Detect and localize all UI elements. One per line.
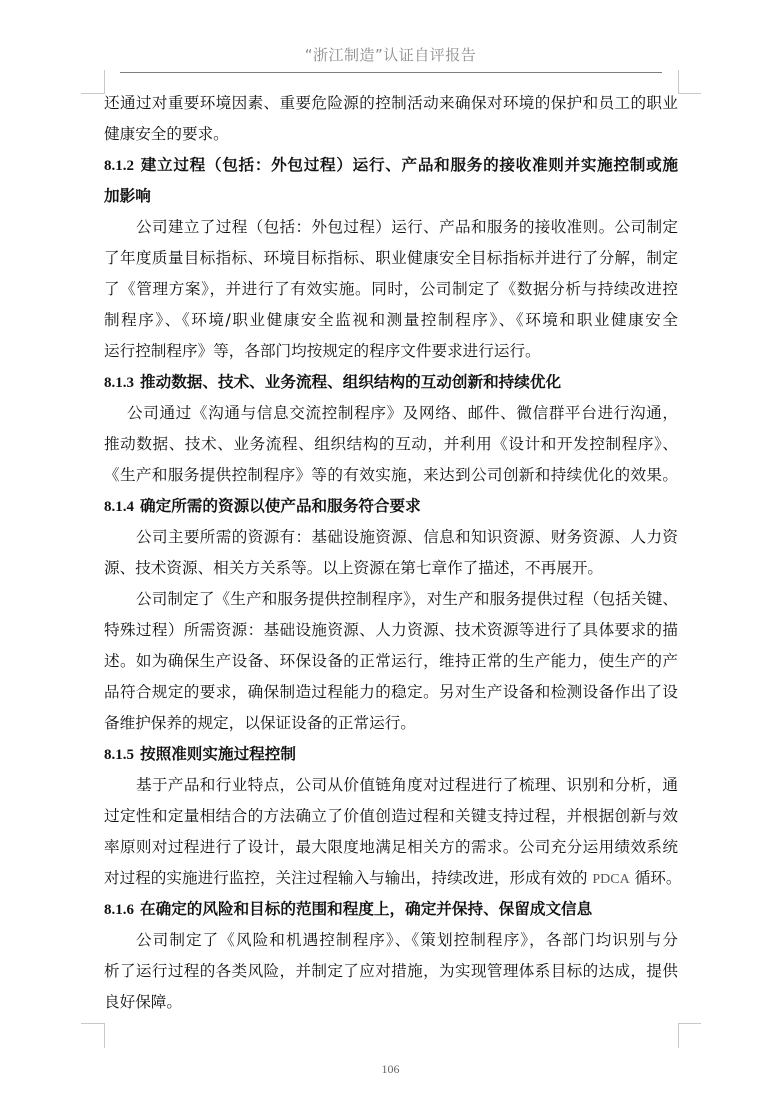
header-rule: [120, 72, 662, 73]
crop-mark-bottom-right: [678, 1023, 701, 1048]
paragraph-line: 公司通过《沟通与信息交流控制程序》及网络、邮件、微信群平台进行沟通，: [104, 398, 678, 429]
crop-mark-top-left: [81, 70, 105, 94]
paragraph-line: 制程序》、《环境/职业健康安全监视和测量控制程序》、《环境和职业健康安全: [104, 305, 678, 336]
paragraph-line: 了年度质量目标指标、环境目标指标、职业健康安全目标指标并进行了分解，制定: [104, 243, 678, 274]
paragraph-line: 了《管理方案》，并进行了有效实施。同时，公司制定了《数据分析与持续改进控: [104, 274, 678, 305]
section-title: 确定所需的资源以使产品和服务符合要求: [140, 497, 421, 515]
section-heading-8-1-6: 8.1.6在确定的风险和目标的范围和程度上，确定并保持、保留成文信息: [104, 894, 678, 925]
section-title: 推动数据、技术、业务流程、组织结构的互动创新和持续优化: [140, 373, 561, 391]
paragraph-line: 基于产品和行业特点，公司从价值链角度对过程进行了梳理、识别和分析，通: [104, 770, 678, 801]
paragraph-line: 公司制定了《风险和机遇控制程序》、《策划控制程序》，各部门均识别与分: [104, 925, 678, 956]
pdca-term: PDCA: [592, 872, 629, 887]
section-heading-8-1-4: 8.1.4确定所需的资源以使产品和服务符合要求: [104, 491, 678, 522]
page-number: 106: [0, 1062, 781, 1077]
crop-mark-top-right: [678, 70, 701, 94]
paragraph-line: 公司建立了过程（包括：外包过程）运行、产品和服务的接收准则。公司制定: [104, 212, 678, 243]
paragraph-line: 公司制定了《生产和服务提供控制程序》，对生产和服务提供过程（包括关键、: [104, 584, 678, 615]
paragraph-line: 对过程的实施进行监控，关注过程输入与输出，持续改进，形成有效的 PDCA 循环。: [104, 863, 678, 894]
text-run: 对过程的实施进行监控，关注过程输入与输出，持续改进，形成有效的: [104, 869, 592, 887]
section-heading-8-1-5: 8.1.5按照准则实施过程控制: [104, 739, 678, 770]
paragraph-line: 率原则对过程进行了设计，最大限度地满足相关方的需求。公司充分运用绩效系统: [104, 832, 678, 863]
paragraph-line: 运行控制程序》等，各部门均按规定的程序文件要求进行运行。: [104, 336, 678, 367]
section-number: 8.1.6: [104, 902, 134, 918]
section-number: 8.1.2: [104, 158, 134, 174]
paragraph-line: 源、技术资源、相关方关系等。以上资源在第七章作了描述，不再展开。: [104, 553, 678, 584]
text-run: 循环。: [630, 869, 682, 887]
section-title: 在确定的风险和目标的范围和程度上，确定并保持、保留成文信息: [140, 900, 592, 918]
paragraph-line: 备维护保养的规定，以保证设备的正常运行。: [104, 708, 678, 739]
section-title: 建立过程（包括：外包过程）运行、产品和服务的接收准则并实施控制或施: [140, 156, 678, 174]
document-body: 还通过对重要环境因素、重要危险源的控制活动来确保对环境的保护和员工的职业 健康安…: [104, 88, 678, 1018]
paragraph-line: 良好保障。: [104, 987, 678, 1018]
section-heading-8-1-2: 8.1.2建立过程（包括：外包过程）运行、产品和服务的接收准则并实施控制或施: [104, 150, 678, 181]
crop-mark-bottom-left: [81, 1023, 105, 1048]
document-page: “浙江制造”认证自评报告 还通过对重要环境因素、重要危险源的控制活动来确保对环境…: [0, 0, 781, 1095]
paragraph-line: 公司主要所需的资源有：基础设施资源、信息和知识资源、财务资源、人力资: [104, 522, 678, 553]
paragraph-line: 品符合规定的要求，确保制造过程能力的稳定。另对生产设备和检测设备作出了设: [104, 677, 678, 708]
running-header-title: “浙江制造”认证自评报告: [0, 44, 781, 65]
section-heading-continued: 加影响: [104, 181, 678, 212]
paragraph-line: 述。如为确保生产设备、环保设备的正常运行，维持正常的生产能力，使生产的产: [104, 646, 678, 677]
paragraph-line: 析了运行过程的各类风险，并制定了应对措施，为实现管理体系目标的达成，提供: [104, 956, 678, 987]
paragraph-line: 过定性和定量相结合的方法确立了价值创造过程和关键支持过程，并根据创新与效: [104, 801, 678, 832]
paragraph-line: 推动数据、技术、业务流程、组织结构的互动，并利用《设计和开发控制程序》、: [104, 429, 678, 460]
section-number: 8.1.5: [104, 747, 134, 763]
paragraph-line: 健康安全的要求。: [104, 119, 678, 150]
paragraph-line: 特殊过程）所需资源：基础设施资源、人力资源、技术资源等进行了具体要求的描: [104, 615, 678, 646]
section-title: 按照准则实施过程控制: [140, 745, 296, 763]
paragraph-line: 《生产和服务提供控制程序》等的有效实施，来达到公司创新和持续优化的效果。: [104, 460, 678, 491]
paragraph-line: 还通过对重要环境因素、重要危险源的控制活动来确保对环境的保护和员工的职业: [104, 88, 678, 119]
section-number: 8.1.4: [104, 499, 134, 515]
section-number: 8.1.3: [104, 375, 134, 391]
section-heading-8-1-3: 8.1.3推动数据、技术、业务流程、组织结构的互动创新和持续优化: [104, 367, 678, 398]
